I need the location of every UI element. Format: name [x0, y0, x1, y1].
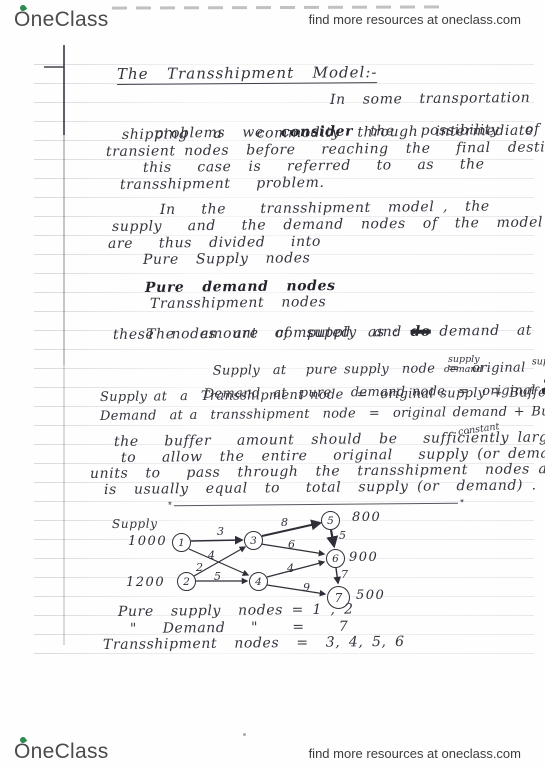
hw-line: Pure Supply nodes — [143, 250, 311, 268]
header-tagline[interactable]: find more resources at oneclass.com — [309, 12, 521, 27]
scan-artifact — [112, 5, 448, 9]
node7-demand: 500 — [356, 588, 385, 603]
edge-label-3-5: 8 — [281, 516, 288, 529]
node5-demand: 800 — [352, 510, 381, 525]
hw-line: are thus divided into — [108, 234, 321, 252]
oneclass-logo[interactable]: OneClass — [14, 8, 109, 32]
oneclass-logo-text: OneClass — [14, 740, 109, 763]
node1-supply: 1000 — [128, 534, 167, 549]
footnote-pure-supply: Pure supply nodes = 1 , 2 — [118, 602, 354, 620]
node-2: 2 — [177, 572, 196, 591]
footer-tagline[interactable]: find more resources at oneclass.com — [309, 746, 521, 761]
node-5: 5 — [321, 511, 340, 530]
document-page: OneClass find more resources at oneclass… — [0, 0, 545, 770]
edge-label-4-7: 9 — [303, 581, 310, 594]
hw-segment: demand at — [431, 323, 532, 340]
superscript-word: supply — [532, 356, 545, 367]
edge-label-1-3: 3 — [217, 525, 224, 538]
diagram-supply-label: Supply — [112, 516, 158, 532]
node-type-pure-demand: Pure demand nodes — [145, 278, 336, 296]
edge-label-6-7: 7 — [341, 568, 348, 581]
edge-label-2-4: 5 — [214, 570, 221, 583]
note-title: The Transshipment Model:- — [117, 64, 378, 85]
edge-label-4-6: 4 — [287, 562, 294, 575]
divider-mark: * — [460, 498, 464, 509]
edge-label-2-3: 2 — [196, 561, 203, 574]
edge-label-1-4: 4 — [208, 549, 215, 562]
margin-line — [63, 45, 65, 645]
divider-mark: * — [168, 500, 172, 511]
margin-tick — [44, 66, 64, 68]
node-3: 3 — [244, 531, 263, 550]
edge-label-3-6: 6 — [288, 538, 295, 551]
oneclass-logo-text: OneClass — [14, 8, 109, 31]
edge-label-5-6: 5 — [339, 529, 346, 542]
divider-line — [174, 503, 458, 506]
node-4: 4 — [249, 572, 268, 591]
node2-supply: 1200 — [126, 575, 165, 590]
node-1: 1 — [172, 533, 191, 552]
oneclass-logo-footer[interactable]: OneClass — [14, 740, 109, 764]
hw-line: transshipment problem. — [120, 175, 325, 193]
node6-demand: 900 — [349, 550, 378, 565]
footnote-transshipment: Transshipment nodes = 3, 4, 5, 6 — [103, 634, 405, 653]
scan-speck — [243, 733, 246, 736]
scribbled-word: do — [410, 324, 430, 340]
node-6: 6 — [326, 549, 345, 568]
